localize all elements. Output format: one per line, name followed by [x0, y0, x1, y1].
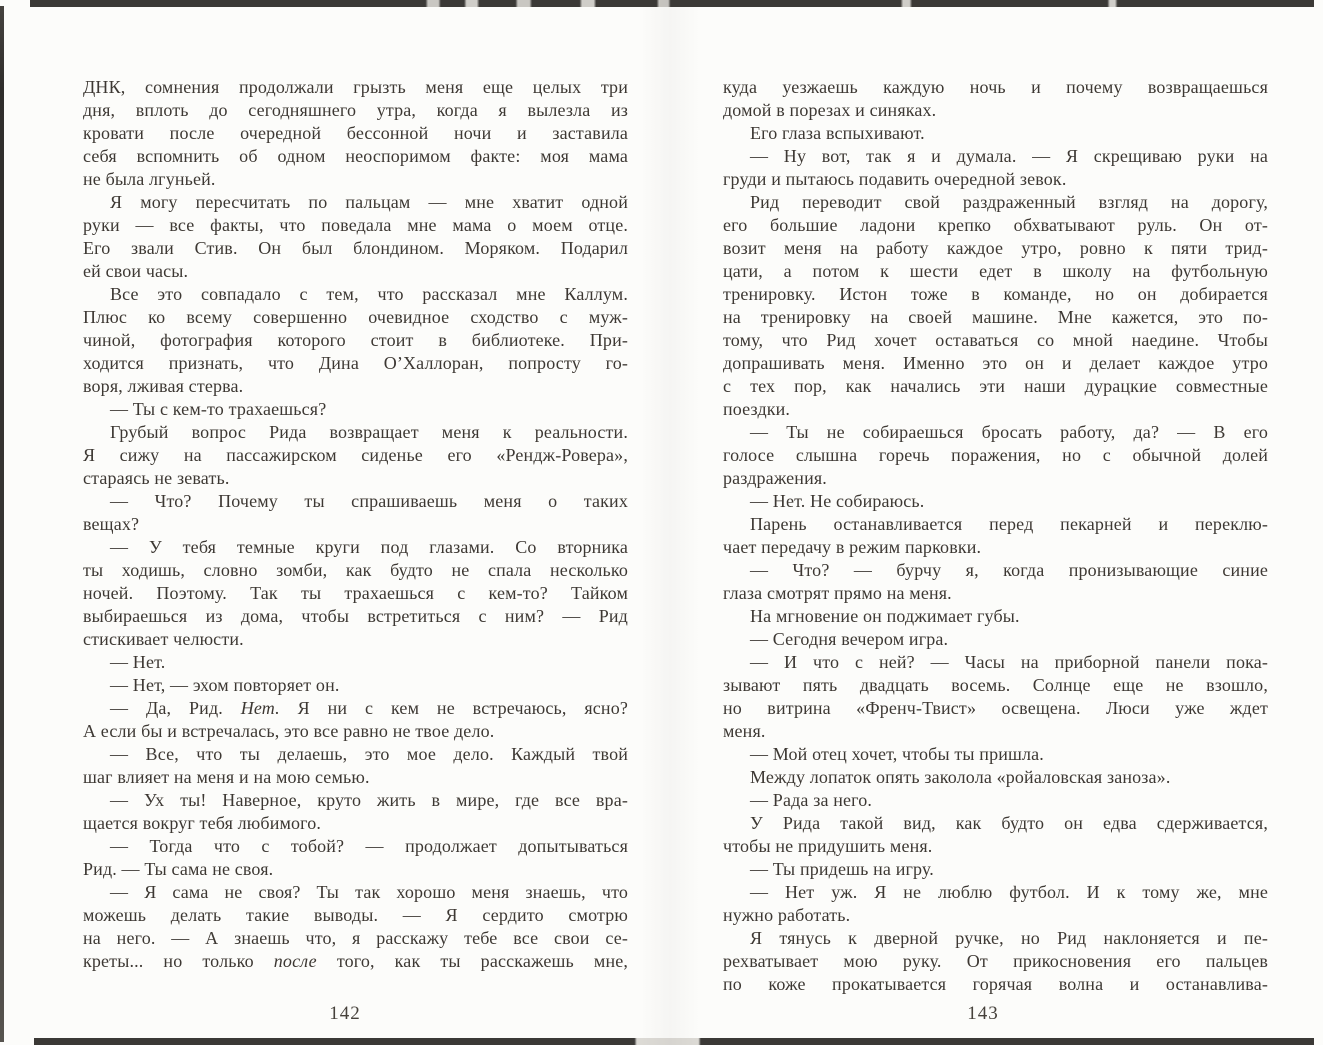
text-line: стискивает челюсти. — [83, 628, 628, 651]
text-line: стараясь не зевать. — [83, 467, 628, 490]
text-line: ДНК, сомнения продолжали грызть меня еще… — [83, 76, 628, 99]
text-line: — Ух ты! Наверное, круто жить в мире, гд… — [83, 789, 628, 812]
text-line: его большие ладони крепко обхватывают ру… — [723, 214, 1268, 237]
text-line: чтобы не придушить меня. — [723, 835, 1268, 858]
text-line: — Нет, — эхом повторяет он. — [83, 674, 628, 697]
text-line: — Я сама не своя? Ты так хорошо меня зна… — [83, 881, 628, 904]
text-line: Рид. — Ты сама не своя. — [83, 858, 628, 881]
text-line: — Ты не собираешься бросать работу, да? … — [723, 421, 1268, 444]
text-line: раздражения. — [723, 467, 1268, 490]
text-line: тому, что Рид хочет оставаться со мной н… — [723, 329, 1268, 352]
text-line: шаг влияет на меня и на мою семью. — [83, 766, 628, 789]
text-line: ходится признать, что Дина О’Халлоран, п… — [83, 352, 628, 375]
text-line: кровати после очередной бессонной ночи и… — [83, 122, 628, 145]
text-line: меня. — [723, 720, 1268, 743]
text-line: — Что? Почему ты спрашиваешь меня о таки… — [83, 490, 628, 513]
text-line: — Ты придешь на игру. — [723, 858, 1268, 881]
text-line: глаза смотрят прямо на меня. — [723, 582, 1268, 605]
text-line: на тренировку на своей машине. Мне кажет… — [723, 306, 1268, 329]
spread-gutter-shadow — [640, 0, 700, 1045]
text-line: цати, а потом к шести едет в школу на фу… — [723, 260, 1268, 283]
text-line: Я сижу на пассажирском сиденье его «Ренд… — [83, 444, 628, 467]
text-line: ты ходишь, словно зомби, как будто не сп… — [83, 559, 628, 582]
page-number-left: 142 — [305, 1003, 385, 1025]
text-line: не была лгуньей. — [83, 168, 628, 191]
text-line: чиной, фотография которого стоит в библи… — [83, 329, 628, 352]
text-line: — Что? — бурчу я, когда пронизывающие си… — [723, 559, 1268, 582]
text-line: голосе слышна горечь поражения, но с обы… — [723, 444, 1268, 467]
text-line: но витрина «Френч-Твист» освещена. Люси … — [723, 697, 1268, 720]
left-page-text: ДНК, сомнения продолжали грызть меня еще… — [83, 76, 628, 973]
scan-left-edge-artifact — [0, 6, 4, 1042]
text-line: ей свои часы. — [83, 260, 628, 283]
text-line: — Рада за него. — [723, 789, 1268, 812]
text-line: рехватывает мою руку. От прикосновения е… — [723, 950, 1268, 973]
text-line: Между лопаток опять заколола «ройаловска… — [723, 766, 1268, 789]
text-line: Его звали Стив. Он был блондином. Моряко… — [83, 237, 628, 260]
text-line: руки — все факты, что поведала мне мама … — [83, 214, 628, 237]
text-line: по коже прокатывается горячая волна и ос… — [723, 973, 1268, 996]
text-line: Рид переводит свой раздраженный взгляд н… — [723, 191, 1268, 214]
right-page-text: куда уезжаешь каждую ночь и почему возвр… — [723, 76, 1268, 996]
text-line: вещах? — [83, 513, 628, 536]
book-spread-scan: ДНК, сомнения продолжали грызть меня еще… — [0, 0, 1323, 1045]
text-line: нужно работать. — [723, 904, 1268, 927]
text-line: У Рида такой вид, как будто он едва сдер… — [723, 812, 1268, 835]
text-line: — И что с ней? — Часы на приборной панел… — [723, 651, 1268, 674]
text-line: груди и пытаюсь подавить очередной зевок… — [723, 168, 1268, 191]
text-line: — Да, Рид. Нет. Я ни с кем не встречаюсь… — [83, 697, 628, 720]
text-line: дня, вплоть до сегодняшнего утра, когда … — [83, 99, 628, 122]
text-line: выбираешься из дома, чтобы встретиться с… — [83, 605, 628, 628]
text-line: — У тебя темные круги под глазами. Со вт… — [83, 536, 628, 559]
text-line: А если бы и встречалась, это все равно н… — [83, 720, 628, 743]
text-line: зывают пять двадцать восемь. Солнце еще … — [723, 674, 1268, 697]
text-line: — Сегодня вечером игра. — [723, 628, 1268, 651]
text-line: Грубый вопрос Рида возвращает меня к реа… — [83, 421, 628, 444]
text-line: — Ты с кем-то трахаешься? — [83, 398, 628, 421]
text-line: можешь делать такие выводы. — Я сердито … — [83, 904, 628, 927]
text-line: чает передачу в режим парковки. — [723, 536, 1268, 559]
text-line: — Тогда что с тобой? — продолжает допыты… — [83, 835, 628, 858]
text-line: возит меня на работу каждое утро, ровно … — [723, 237, 1268, 260]
text-line: Парень останавливается перед пекарней и … — [723, 513, 1268, 536]
text-line: щается вокруг тебя любимого. — [83, 812, 628, 835]
text-line: домой в порезах и синяках. — [723, 99, 1268, 122]
text-line: — Нет уж. Я не люблю футбол. И к тому же… — [723, 881, 1268, 904]
page-number-right: 143 — [943, 1003, 1023, 1025]
text-line: себя вспомнить об одном неоспоримом факт… — [83, 145, 628, 168]
text-line: куда уезжаешь каждую ночь и почему возвр… — [723, 76, 1268, 99]
text-line: Я могу пересчитать по пальцам — мне хват… — [83, 191, 628, 214]
text-line: ночей. Поэтому. Так ты трахаешься с кем-… — [83, 582, 628, 605]
text-line: — Нет. Не собираюсь. — [723, 490, 1268, 513]
text-line: — Нет. — [83, 651, 628, 674]
text-line: воря, лживая стерва. — [83, 375, 628, 398]
text-line: допрашивать меня. Именно это он и делает… — [723, 352, 1268, 375]
text-line: на него. — А знаешь что, я расскажу тебе… — [83, 927, 628, 950]
text-line: тренировку. Истон тоже в команде, но он … — [723, 283, 1268, 306]
text-line: Я тянусь к дверной ручке, но Рид наклоня… — [723, 927, 1268, 950]
text-line: поездки. — [723, 398, 1268, 421]
text-line: Все это совпадало с тем, что рассказал м… — [83, 283, 628, 306]
text-line: — Мой отец хочет, чтобы ты пришла. — [723, 743, 1268, 766]
text-line: — Все, что ты делаешь, это мое дело. Каж… — [83, 743, 628, 766]
text-line: — Ну вот, так я и думала. — Я скрещиваю … — [723, 145, 1268, 168]
text-line: На мгновение он поджимает губы. — [723, 605, 1268, 628]
text-line: Его глаза вспыхивают. — [723, 122, 1268, 145]
text-line: креты... но только после того, как ты ра… — [83, 950, 628, 973]
text-line: с тех пор, как начались эти наши дурацки… — [723, 375, 1268, 398]
text-line: Плюс ко всему совершенно очевидное сходс… — [83, 306, 628, 329]
